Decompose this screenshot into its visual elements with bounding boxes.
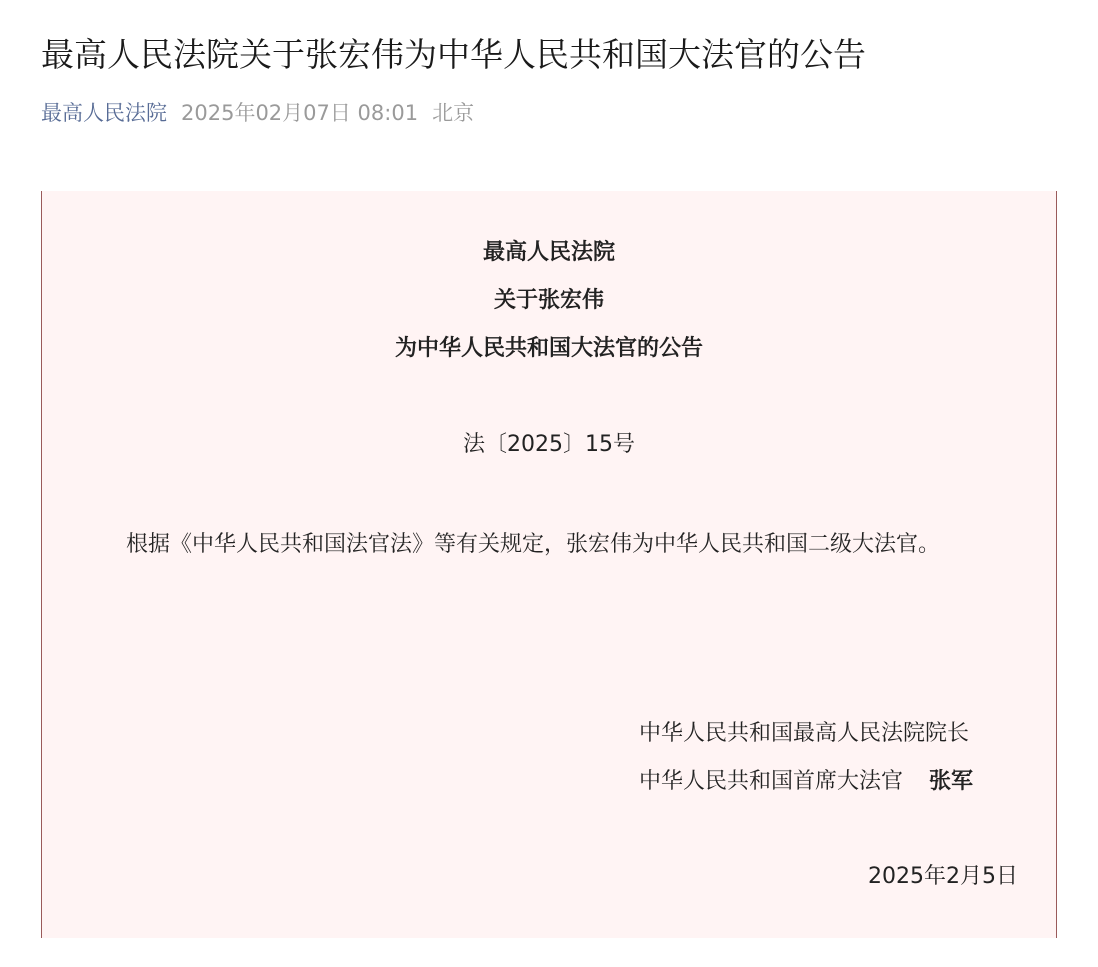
document-number: 法〔2025〕15号 — [42, 429, 1056, 461]
notice-date: 2025年2月5日 — [868, 861, 1018, 893]
publish-location: 北京 — [432, 101, 474, 125]
article-title: 最高人民法院关于张宏伟为中华人民共和国大法官的公告 — [41, 32, 866, 78]
signatory-title-2: 中华人民共和国首席大法官 — [639, 769, 903, 794]
notice-heading-line-3: 为中华人民共和国大法官的公告 — [42, 333, 1056, 365]
article-meta: 最高人民法院2025年02月07日 08:01北京 — [41, 98, 474, 128]
notice-body: 根据《中华人民共和国法官法》等有关规定，张宏伟为中华人民共和国二级大法官。 — [80, 521, 1020, 569]
author-link[interactable]: 最高人民法院 — [41, 101, 167, 125]
notice-box: 最高人民法院 关于张宏伟 为中华人民共和国大法官的公告 法〔2025〕15号 根… — [41, 191, 1057, 938]
signatory-title-1: 中华人民共和国最高人民法院院长 — [639, 718, 969, 750]
signatory-block: 中华人民共和国首席大法官张军 — [639, 766, 973, 798]
publish-datetime: 2025年02月07日 08:01 — [181, 101, 418, 125]
notice-heading-line-2: 关于张宏伟 — [42, 285, 1056, 317]
notice-heading-line-1: 最高人民法院 — [42, 237, 1056, 269]
signatory-name: 张军 — [929, 769, 973, 794]
